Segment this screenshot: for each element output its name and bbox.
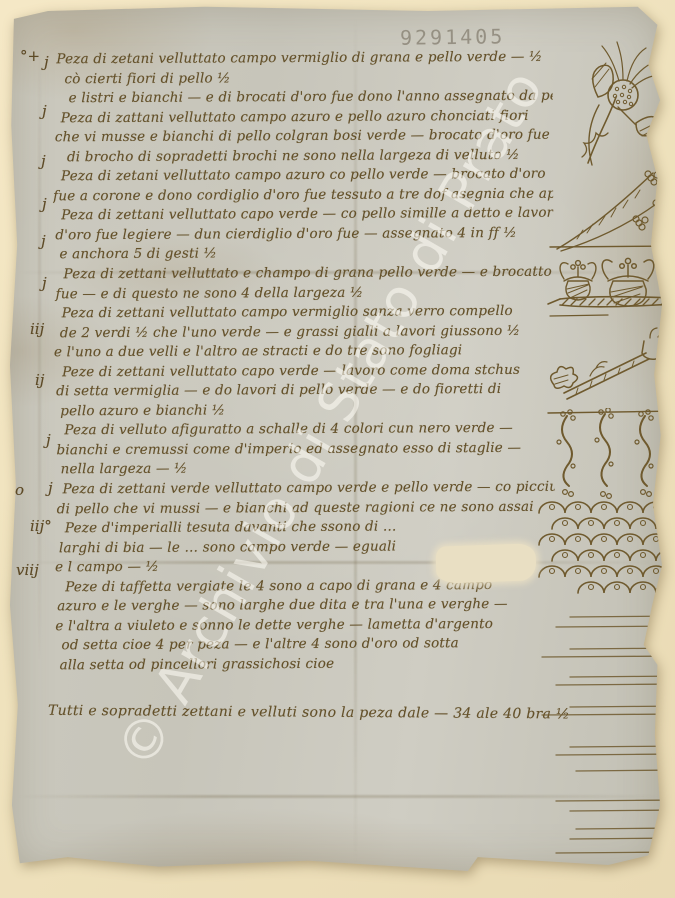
margin-numeral: j: [46, 431, 51, 449]
margin-numeral: j: [48, 479, 53, 497]
margin-numeral: ij: [35, 371, 44, 389]
margin-numeral: °+: [20, 47, 40, 65]
manuscript-line: bianchi e cremussi come d'imperio ed ass…: [56, 439, 554, 461]
manuscript-line: Peza di zetani velluttato campo azuro co…: [61, 165, 553, 187]
manuscript-line: d'oro fue legiere — dun cierdiglio d'oro…: [55, 224, 553, 246]
manuscript-line: Peza di zettani velluttato capo verde — …: [61, 204, 553, 226]
manuscript-line: e l'uno a due velli e l'altro ae stracti…: [54, 341, 554, 363]
manuscript-line: di setta vermiglia — e do lavori di pell…: [56, 380, 554, 402]
manuscript-line: di brocho di sopradetti brochi ne sono n…: [67, 145, 553, 167]
margin-numeral: iij: [30, 320, 44, 338]
manuscript-line: od setta cioe 4 per peza — e l'altre 4 s…: [61, 634, 555, 656]
manuscript-page: 9291405 °+ j j j j j j iij ij j o j iij°…: [8, 5, 664, 871]
manuscript-line: pello azuro e bianchi ½: [60, 400, 554, 422]
margin-numeral: j: [41, 152, 46, 170]
photo-mat: 9291405 °+ j j j j j j iij ij j o j iij°…: [0, 0, 675, 898]
margin-numeral: j: [44, 53, 49, 71]
manuscript-line: che vi musse e bianchi di pello colgran …: [55, 126, 553, 148]
scepter-with-cups-sketch: [546, 327, 675, 417]
thistle-sketch: [558, 35, 670, 175]
margin-numeral: viij: [16, 561, 39, 579]
manuscript-line: fue a corone e dono cordiglio d'oro fue …: [53, 185, 553, 207]
ruled-lines-sketch: [536, 603, 675, 865]
vine-scroll-motifs-sketch: [553, 408, 675, 500]
margin-numeral: j: [41, 232, 46, 250]
margin-numeral: j: [42, 274, 47, 292]
manuscript-line: Peza di zetani velluttato campo vermigli…: [56, 48, 552, 70]
manuscript-line: e anchora 5 di gesti ½: [59, 243, 553, 265]
margin-numeral: j: [42, 102, 47, 120]
margin-numeral: o: [15, 481, 24, 499]
paper-repair-patch: [435, 543, 536, 583]
margin-numeral: j: [42, 195, 47, 213]
manuscript-line: fue — e di questo ne sono 4 della largez…: [56, 282, 554, 304]
manuscript-line: Peze di zettani velluttato capo verde — …: [62, 360, 554, 382]
archive-stamp-number: 9291405: [400, 24, 506, 49]
manuscript-line: Peza di zattani velluttato campo azuro e…: [61, 106, 553, 128]
manuscript-line: di pello che vi mussi — e bianchi ad que…: [57, 497, 555, 519]
braided-band-sketch: [546, 291, 675, 321]
margin-numeral: iij°: [30, 517, 52, 535]
manuscript-line: nella largeza — ½: [61, 458, 555, 480]
manuscript-line: Peza di zettani velluttato e champo di g…: [63, 263, 553, 285]
manuscript-line: Peza di velluto afiguratto a schalle di …: [64, 419, 554, 441]
manuscript-line: Peza di zettani verde velluttato campo v…: [63, 478, 555, 500]
grass-stalks-sketch: [551, 163, 673, 255]
manuscript-line: de 2 verdi ½ che l'uno verde — e grassi …: [60, 321, 554, 343]
scale-pattern-sketch: [536, 493, 675, 613]
manuscript-line: Peza di zettani velluttato campo vermigl…: [62, 302, 554, 324]
manuscript-line: alla setta od pincellori grassichosi cio…: [60, 654, 556, 676]
manuscript-line: e l'altra a viuleto e sonno le dette ver…: [55, 615, 555, 637]
manuscript-line: e listri e bianchi — e di brocati d'oro …: [69, 87, 553, 109]
manuscript-line: Peze d'imperialli tesuta davanti che sso…: [65, 517, 555, 539]
manuscript-line: cò cierti fiori di pello ½: [64, 67, 552, 89]
manuscript-line: azuro e le verghe — sono larghe due dita…: [57, 595, 555, 617]
